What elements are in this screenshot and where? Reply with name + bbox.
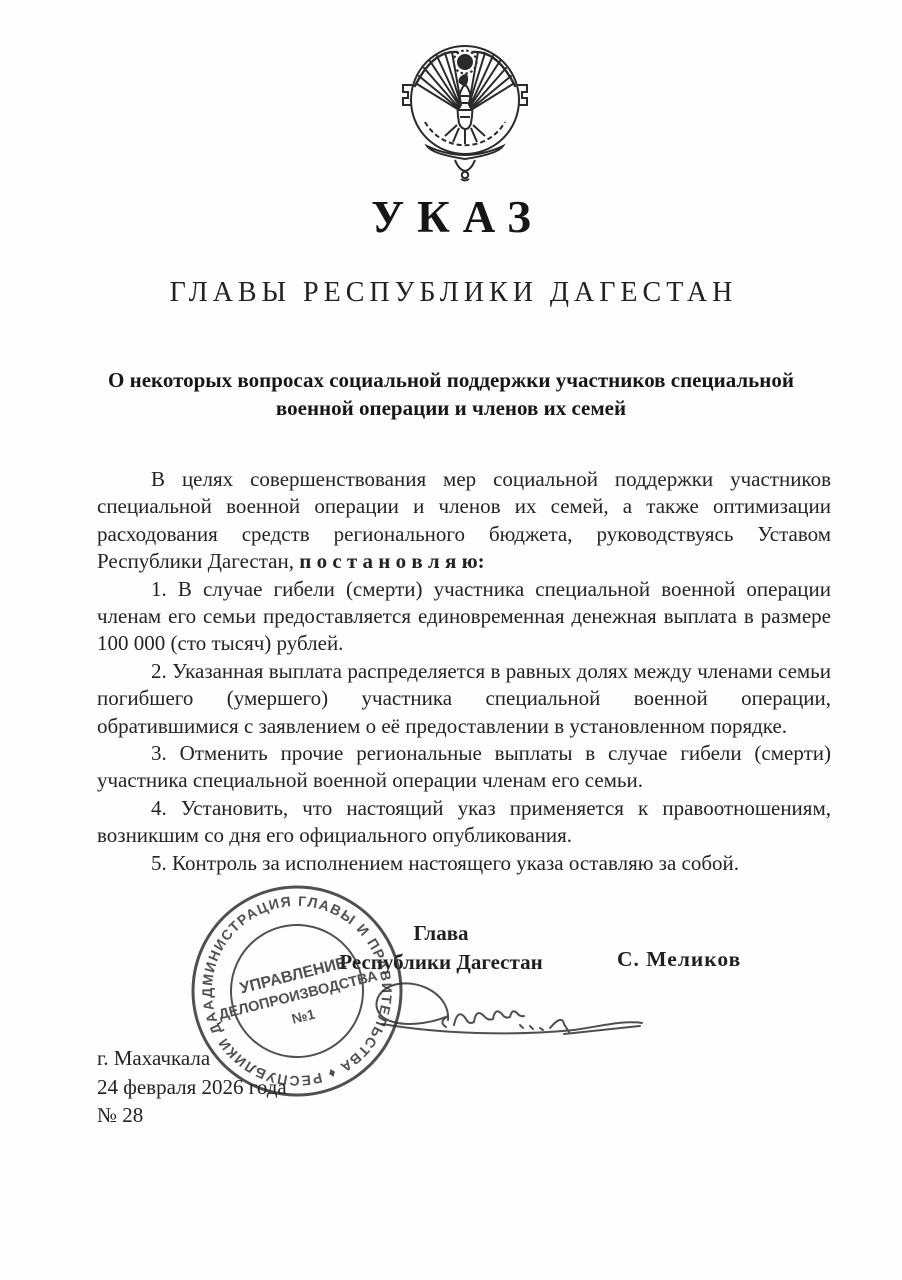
document-issuer: ГЛАВЫ РЕСПУБЛИКИ ДАГЕСТАН xyxy=(0,277,902,309)
decree-item-2: 2. Указанная выплата распределяется в ра… xyxy=(97,658,831,740)
svg-text:№1: №1 xyxy=(290,1006,317,1027)
dagestan-coat-of-arms-icon xyxy=(399,30,531,182)
intro-paragraph: В целях совершенствования мер социальной… xyxy=(97,466,831,576)
footer-number: № 28 xyxy=(97,1101,287,1130)
decree-item-4: 4. Установить, что настоящий указ примен… xyxy=(97,795,831,850)
eagle-left-wing xyxy=(415,52,461,110)
eagle-emblem-icon xyxy=(399,30,531,182)
decree-document-page: УКАЗ ГЛАВЫ РЕСПУБЛИКИ ДАГЕСТАН О некотор… xyxy=(0,0,902,1280)
eagle-right-wing xyxy=(469,52,515,110)
decree-item-5: 5. Контроль за исполнением настоящего ук… xyxy=(97,850,831,877)
decree-item-1: 1. В случае гибели (смерти) участника сп… xyxy=(97,576,831,658)
sun-icon xyxy=(457,54,473,70)
footer-city: г. Махачкала xyxy=(97,1044,287,1073)
footer-date: 24 февраля 2026 года xyxy=(97,1073,287,1102)
document-subject: О некоторых вопросах социальной поддержк… xyxy=(81,366,821,422)
document-body: В целях совершенствования мер социальной… xyxy=(97,466,831,877)
emblem-ribbon xyxy=(427,146,503,181)
resolve-word: п о с т а н о в л я ю: xyxy=(299,549,484,573)
document-footer: г. Махачкала 24 февраля 2026 года № 28 xyxy=(97,1044,287,1130)
decree-item-3: 3. Отменить прочие региональные выплаты … xyxy=(97,740,831,795)
document-title: УКАЗ xyxy=(0,191,902,243)
